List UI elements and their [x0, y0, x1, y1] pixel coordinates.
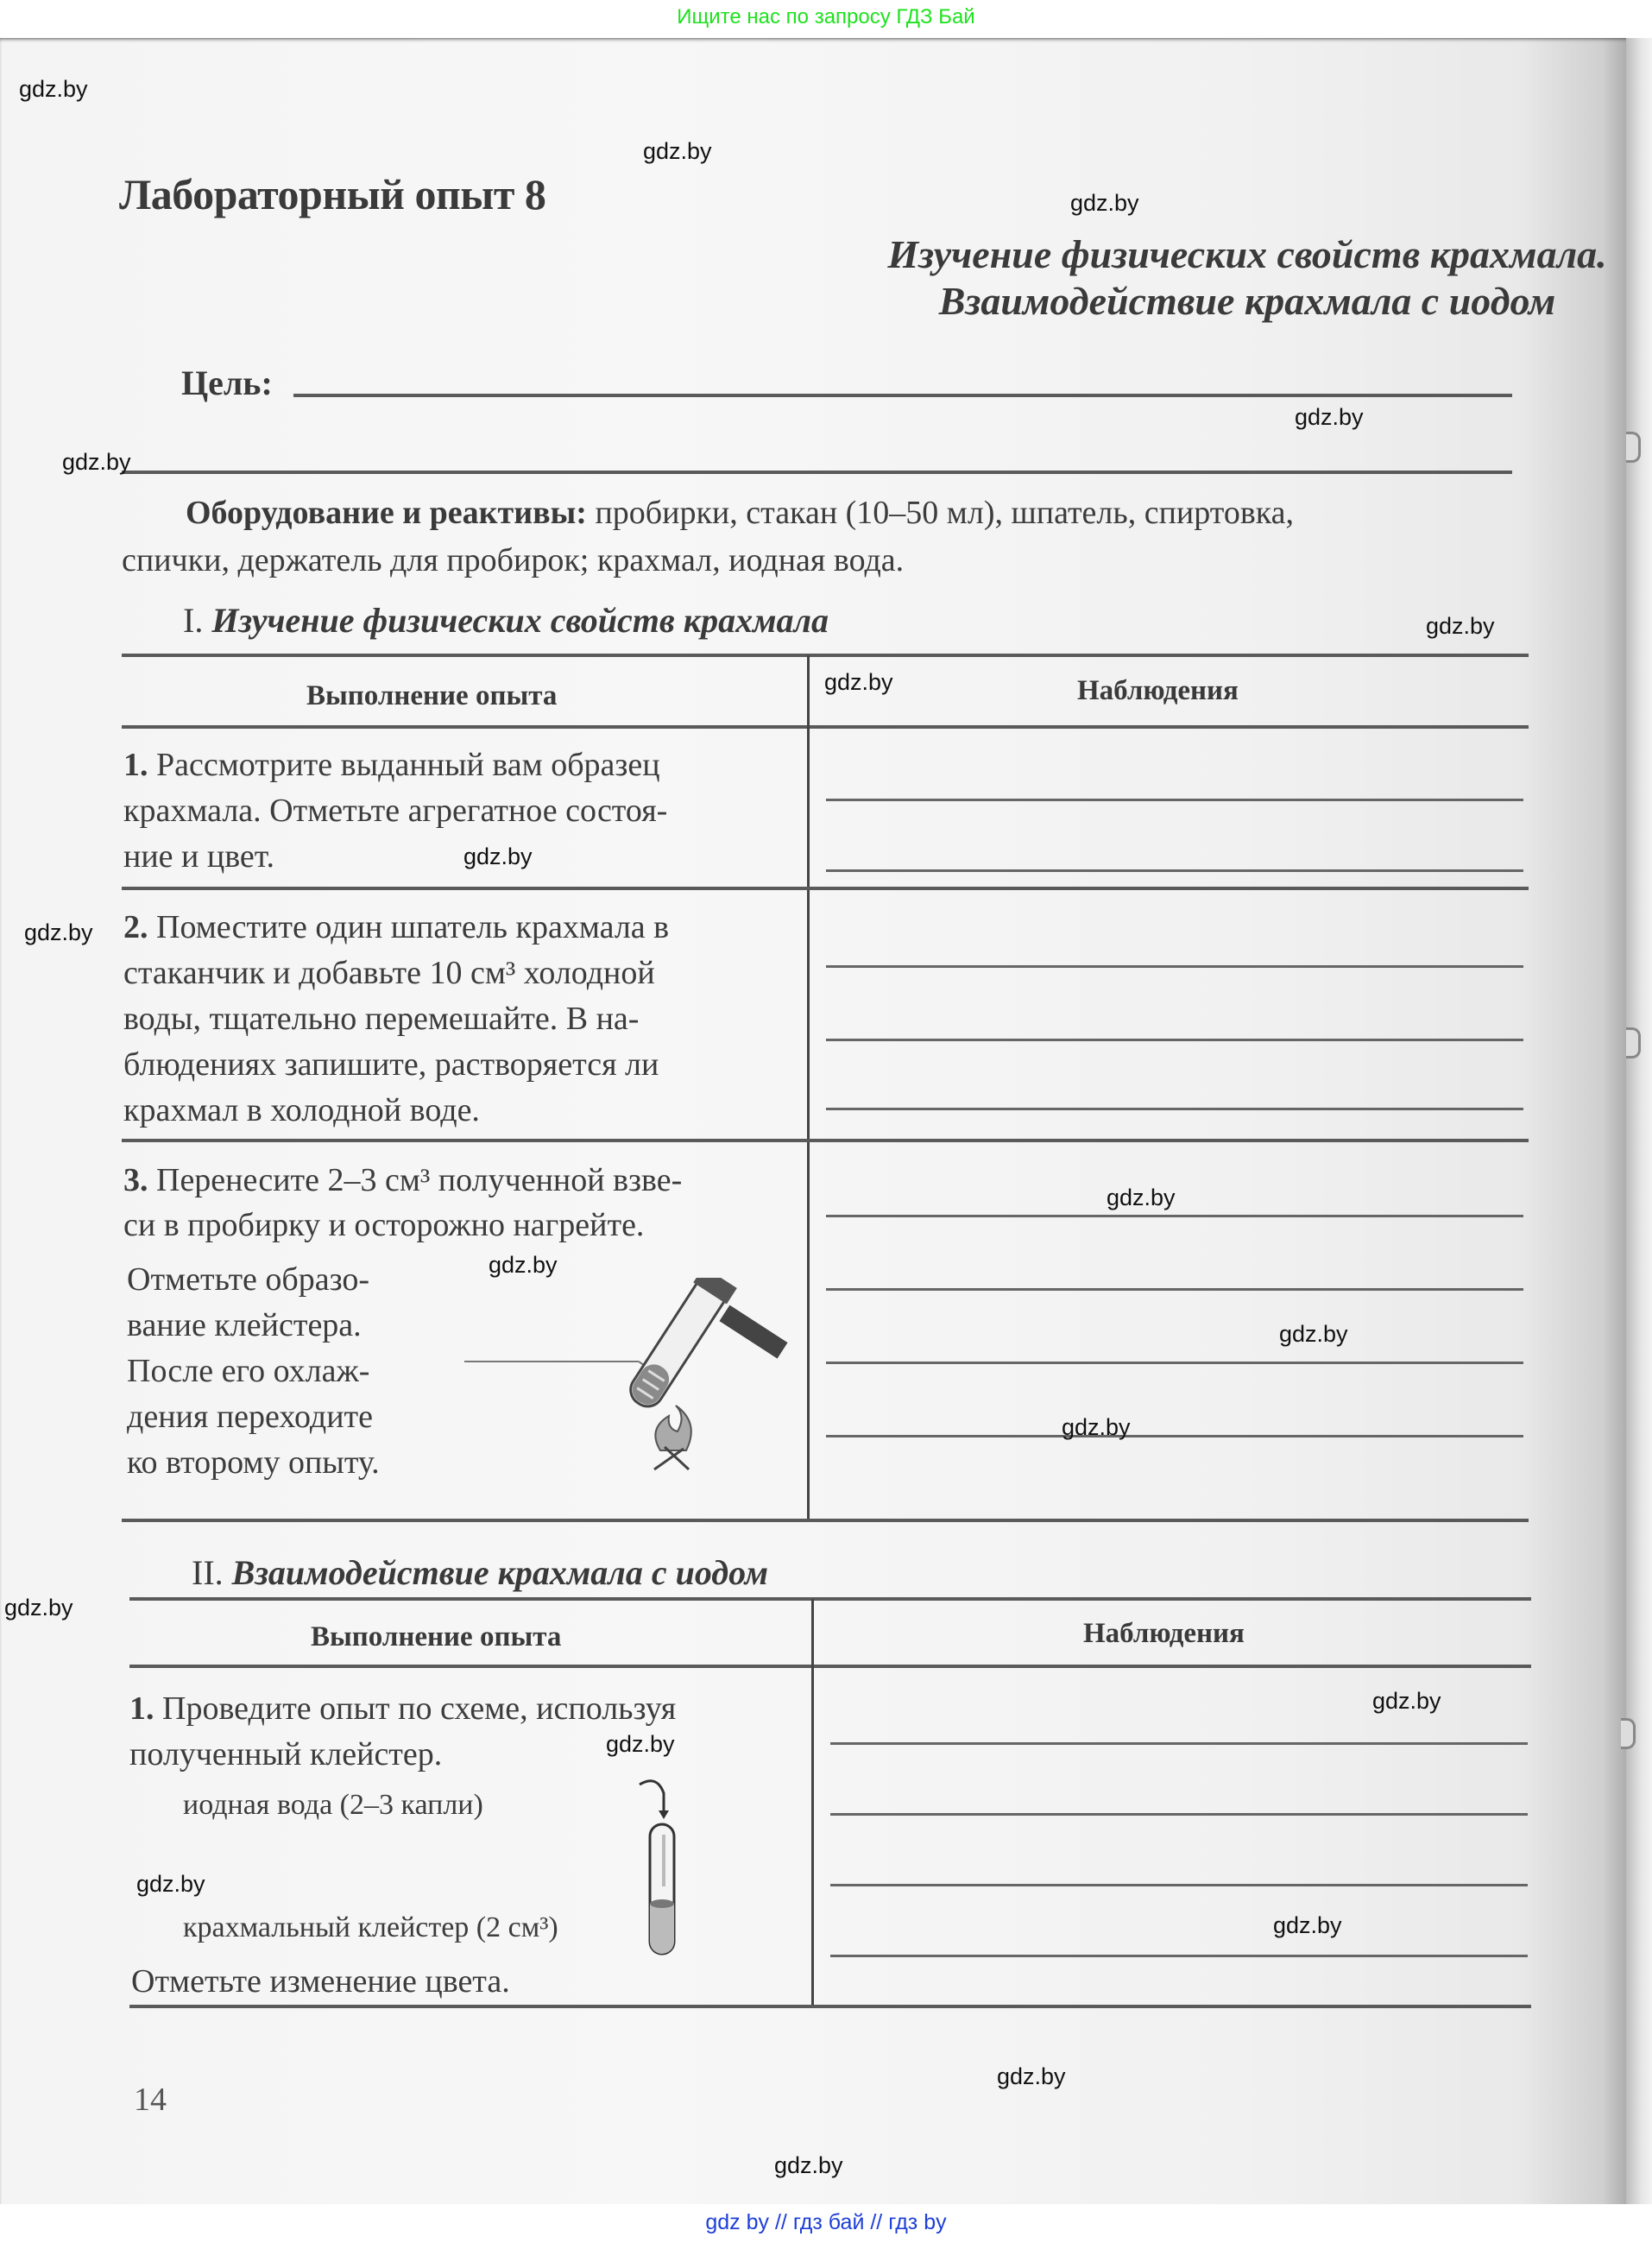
watermark-text: gdz.by — [463, 843, 533, 870]
watermark-text: gdz.by — [1062, 1414, 1131, 1441]
step2-line: воды, тщательно перемешайте. В на- — [123, 1000, 639, 1038]
table1-row-border — [122, 887, 1529, 890]
table1-header-border — [122, 725, 1529, 729]
table2-col-procedure: Выполнение опыта — [311, 1621, 561, 1653]
watermark-text: gdz.by — [606, 1731, 675, 1758]
watermark-text: gdz.by — [1273, 1912, 1342, 1939]
step3-line: 3. Перенесите 2–3 см³ полученной взве- — [123, 1161, 682, 1199]
table1-top-border — [122, 654, 1529, 657]
color-change-note: Отметьте изменение цвета. — [131, 1962, 510, 2000]
watermark-text: gdz.by — [997, 2063, 1066, 2090]
watermark-text: gdz.by — [4, 1595, 73, 1621]
table2-col-observations: Наблюдения — [1083, 1618, 1245, 1650]
table2-column-divider — [811, 1599, 814, 2006]
observation-line[interactable] — [826, 1288, 1523, 1291]
observation-line[interactable] — [830, 1884, 1528, 1886]
step3-line: си в пробирку и осторожно нагрейте. — [123, 1206, 644, 1244]
watermark-text: gdz.by — [1426, 613, 1495, 640]
watermark-text: gdz.by — [136, 1871, 205, 1898]
table1-col-observations: Наблюдения — [1077, 675, 1239, 707]
step3-subline: Отметьте образо- — [127, 1261, 369, 1298]
equipment-line-2: спички, держатель для пробирок; крахмал,… — [122, 541, 904, 579]
watermark-text: gdz.by — [774, 2152, 843, 2179]
step1-line: ние и цвет. — [123, 837, 274, 875]
top-banner: Ищите нас по запросу ГДЗ Бай — [0, 0, 1652, 37]
binding-spine — [1626, 38, 1652, 2204]
section-2-heading: II. Взаимодействие крахмала с иодом — [192, 1552, 768, 1593]
table1-col-procedure: Выполнение опыта — [306, 680, 557, 712]
step3-subline: вание клейстера. — [127, 1306, 362, 1344]
section2-step1-line: 1. Проведите опыт по схеме, используя — [129, 1690, 676, 1728]
observation-line[interactable] — [826, 1215, 1523, 1217]
observation-line[interactable] — [826, 1108, 1523, 1110]
section2-step1-line: полученный клейстер. — [129, 1735, 442, 1773]
step2-line: стаканчик и добавьте 10 см³ холодной — [123, 954, 655, 992]
observation-line[interactable] — [830, 1955, 1528, 1957]
page-title: Лабораторный опыт 8 — [119, 169, 545, 219]
binder-ring-icon — [1626, 432, 1641, 463]
step2-line: 2. Поместите один шпатель крахмала в — [123, 908, 669, 946]
starch-paste-label: крахмальный клейстер (2 см³) — [183, 1911, 558, 1944]
goal-answer-line-1[interactable] — [293, 394, 1512, 397]
table2-header-border — [129, 1665, 1531, 1668]
table1-bottom-border — [122, 1519, 1529, 1522]
watermark-text: gdz.by — [824, 669, 893, 696]
step3-subline: После его охлаж- — [127, 1352, 369, 1390]
watermark-text: gdz.by — [1070, 190, 1139, 217]
observation-line[interactable] — [830, 1813, 1528, 1816]
step3-subline: дения переходите — [127, 1398, 373, 1436]
observation-line[interactable] — [830, 1742, 1528, 1745]
equipment-label: Оборудование и реактивы: — [186, 495, 587, 531]
table2-top-border — [129, 1597, 1531, 1601]
watermark-text: gdz.by — [62, 449, 131, 476]
table1-column-divider — [807, 655, 810, 1521]
test-tube-dropper-icon — [634, 1774, 703, 1960]
binder-ring-icon — [1621, 1718, 1636, 1749]
page-number: 14 — [134, 2081, 167, 2119]
step1-line: 1. Рассмотрите выданный вам образец — [123, 746, 660, 784]
step2-line: крахмал в холодной воде. — [123, 1091, 480, 1129]
subtitle-line-1: Изучение физических свойств крахмала. — [772, 231, 1652, 277]
table1-row-border — [122, 1139, 1529, 1142]
watermark-text: gdz.by — [1295, 404, 1364, 431]
observation-line[interactable] — [826, 869, 1523, 872]
watermark-text: gdz.by — [24, 919, 93, 946]
observation-line[interactable] — [826, 1435, 1523, 1437]
step2-line: блюдениях запишите, растворяется ли — [123, 1046, 659, 1084]
binder-ring-icon — [1626, 1027, 1641, 1058]
observation-line[interactable] — [826, 1362, 1523, 1364]
test-tube-holder-flame-icon — [457, 1278, 803, 1476]
subtitle-line-2: Взаимодействие крахмала с иодом — [772, 278, 1652, 324]
bottom-footer: gdz by // гдз бай // гдз by — [0, 2204, 1652, 2243]
watermark-text: gdz.by — [489, 1252, 558, 1279]
step1-line: крахмала. Отметьте агрегатное состоя- — [123, 792, 667, 830]
observation-line[interactable] — [826, 965, 1523, 968]
watermark-text: gdz.by — [1372, 1688, 1441, 1715]
equipment-text-1: пробирки, стакан (10–50 мл), шпатель, сп… — [587, 495, 1294, 531]
observation-line[interactable] — [826, 799, 1523, 801]
goal-label: Цель: — [181, 363, 273, 403]
watermark-text: gdz.by — [1279, 1321, 1348, 1348]
goal-answer-line-2[interactable] — [122, 471, 1512, 474]
observation-line[interactable] — [826, 1039, 1523, 1041]
section-1-heading: I. Изучение физических свойств крахмала — [183, 600, 829, 641]
watermark-text: gdz.by — [643, 138, 712, 165]
iodine-water-label: иодная вода (2–3 капли) — [183, 1789, 483, 1822]
step3-subline: ко второму опыту. — [127, 1444, 380, 1482]
watermark-text: gdz.by — [19, 76, 88, 103]
table2-bottom-border — [129, 2005, 1531, 2008]
watermark-text: gdz.by — [1107, 1185, 1176, 1211]
equipment-line-1: Оборудование и реактивы: пробирки, стака… — [186, 494, 1294, 532]
